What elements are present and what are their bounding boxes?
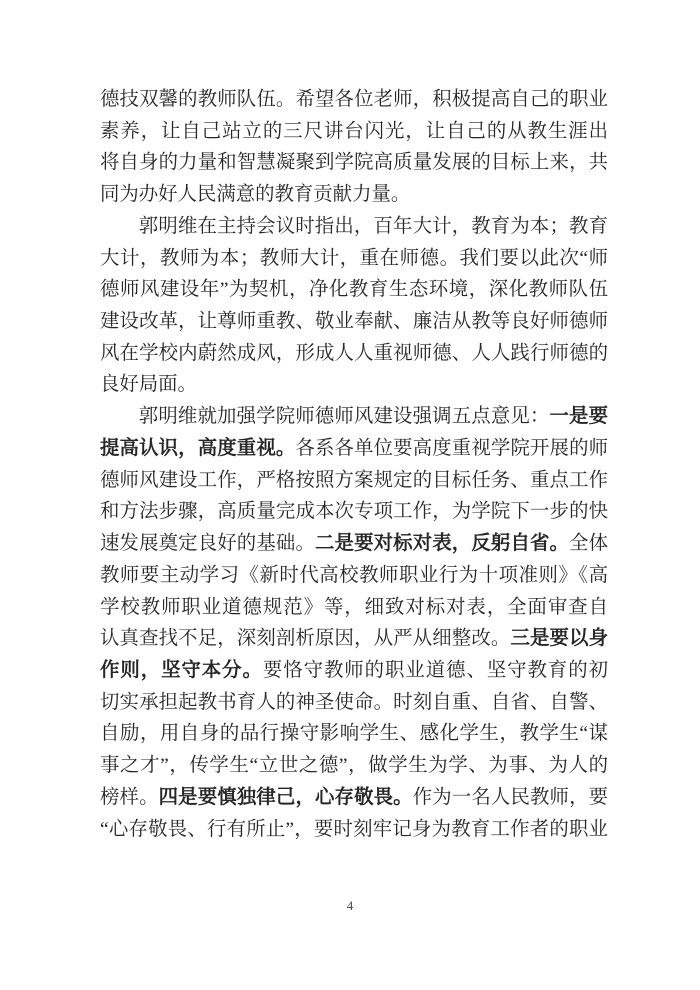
body-text: 榜样。 <box>100 787 159 808</box>
body-text: 德师风建设年”为契机，净化教育生态环境，深化教师队伍 <box>100 279 608 300</box>
text-line: 素养，让自己站立的三尺讲台闪光，让自己的从教生涯出彩， <box>100 116 608 148</box>
text-line: 速发展奠定良好的基础。二是要对标对表，反躬自省。全体 <box>100 528 608 560</box>
text-line: 良好局面。 <box>100 369 608 401</box>
body-text: 全体 <box>569 533 608 554</box>
text-line: 将自身的力量和智慧凝聚到学院高质量发展的目标上来，共 <box>100 147 608 179</box>
body-text: 认真查找不足，深刻剖析原因，从严从细整改。 <box>100 628 510 649</box>
text-line: 榜样。四是要慎独律己，心存敬畏。作为一名人民教师，要 <box>100 782 608 814</box>
body-text: 素养，让自己站立的三尺讲台闪光，让自己的从教生涯出彩， <box>100 121 608 148</box>
body-text: 学校教师职业道德规范》等，细致对标对表，全面审查自身， <box>100 597 608 624</box>
text-line: 提高认识，高度重视。各系各单位要高度重视学院开展的师 <box>100 433 608 465</box>
text-line: 德师风建设工作，严格按照方案规定的目标任务、重点工作 <box>100 465 608 497</box>
text-line: 德技双馨的教师队伍。希望各位老师，积极提高自己的职业 <box>100 84 608 116</box>
emphasis-text: 提高认识，高度重视。 <box>100 438 295 459</box>
body-text: 德师风建设工作，严格按照方案规定的目标任务、重点工作 <box>100 470 608 491</box>
body-text: 速发展奠定良好的基础。 <box>100 533 315 554</box>
text-line: 郭明维就加强学院师德师风建设强调五点意见：一是要 <box>100 401 608 433</box>
text-line: 作则，坚守本分。要恪守教师的职业道德、坚守教育的初心， <box>100 655 608 687</box>
paragraph: 德技双馨的教师队伍。希望各位老师，积极提高自己的职业素养，让自己站立的三尺讲台闪… <box>100 84 608 211</box>
page-number: 4 <box>0 898 700 914</box>
emphasis-text: 一是要 <box>550 406 609 427</box>
text-line: “心存敬畏、行有所止”，要时刻牢记身为教育工作者的职业 <box>100 814 608 846</box>
text-line: 教师要主动学习《新时代高校教师职业行为十项准则》《高等 <box>100 560 608 592</box>
text-line: 郭明维在主持会议时指出，百年大计，教育为本；教育 <box>100 211 608 243</box>
text-line: 学校教师职业道德规范》等，细致对标对表，全面审查自身， <box>100 592 608 624</box>
text-line: 认真查找不足，深刻剖析原因，从严从细整改。三是要以身 <box>100 623 608 655</box>
body-text: 德技双馨的教师队伍。希望各位老师，积极提高自己的职业 <box>100 89 608 110</box>
body-text: 将自身的力量和智慧凝聚到学院高质量发展的目标上来，共 <box>100 152 608 173</box>
text-line: 大计，教师为本；教师大计，重在师德。我们要以此次“师 <box>100 243 608 275</box>
text-line: 风在学校内蔚然成风，形成人人重视师德、人人践行师德的 <box>100 338 608 370</box>
text-line: 切实承担起教书育人的神圣使命。时刻自重、自省、自警、 <box>100 687 608 719</box>
emphasis-text: 三是要以身 <box>510 628 608 649</box>
body-text: 大计，教师为本；教师大计，重在师德。我们要以此次“师 <box>100 248 608 269</box>
body-text: 事之才”，传学生“立世之德”，做学生为学、为事、为人的 <box>100 755 608 776</box>
body-text: “心存敬畏、行有所止”，要时刻牢记身为教育工作者的职业 <box>100 819 608 840</box>
text-line: 自励，用自身的品行操守影响学生、感化学生，教学生“谋 <box>100 718 608 750</box>
body-text: 作为一名人民教师，要 <box>413 787 608 808</box>
body-text: 郭明维就加强学院师德师风建设强调五点意见： <box>139 406 550 427</box>
body-text: 各系各单位要高度重视学院开展的师 <box>295 438 608 459</box>
paragraph: 郭明维在主持会议时指出，百年大计，教育为本；教育大计，教师为本；教师大计，重在师… <box>100 211 608 401</box>
text-line: 建设改革，让尊师重教、敬业奉献、廉洁从教等良好师德师 <box>100 306 608 338</box>
body-text: 良好局面。 <box>100 374 197 395</box>
text-line: 事之才”，传学生“立世之德”，做学生为学、为事、为人的 <box>100 750 608 782</box>
body-text: 教师要主动学习《新时代高校教师职业行为十项准则》《高等 <box>100 565 608 592</box>
body-text: 郭明维在主持会议时指出，百年大计，教育为本；教育 <box>139 216 608 237</box>
body-text: 同为办好人民满意的教育贡献力量。 <box>100 184 410 205</box>
paragraph: 郭明维就加强学院师德师风建设强调五点意见：一是要提高认识，高度重视。各系各单位要… <box>100 401 608 845</box>
document-page: 德技双馨的教师队伍。希望各位老师，积极提高自己的职业素养，让自己站立的三尺讲台闪… <box>0 0 700 990</box>
body-text: 切实承担起教书育人的神圣使命。时刻自重、自省、自警、 <box>100 692 608 713</box>
emphasis-text: 二是要对标对表，反躬自省。 <box>315 533 569 554</box>
body-text: 建设改革，让尊师重教、敬业奉献、廉洁从教等良好师德师 <box>100 311 608 332</box>
text-line: 和方法步骤，高质量完成本次专项工作，为学院下一步的快 <box>100 496 608 528</box>
body-text: 自励，用自身的品行操守影响学生、感化学生，教学生“谋 <box>100 723 608 744</box>
body-text: 风在学校内蔚然成风，形成人人重视师德、人人践行师德的 <box>100 343 608 364</box>
text-line: 同为办好人民满意的教育贡献力量。 <box>100 179 608 211</box>
text-line: 德师风建设年”为契机，净化教育生态环境，深化教师队伍 <box>100 274 608 306</box>
emphasis-text: 四是要慎独律己，心存敬畏。 <box>159 787 413 808</box>
body-text: 和方法步骤，高质量完成本次专项工作，为学院下一步的快 <box>100 501 608 522</box>
document-body: 德技双馨的教师队伍。希望各位老师，积极提高自己的职业素养，让自己站立的三尺讲台闪… <box>100 84 608 845</box>
emphasis-text: 作则，坚守本分。 <box>100 660 263 681</box>
